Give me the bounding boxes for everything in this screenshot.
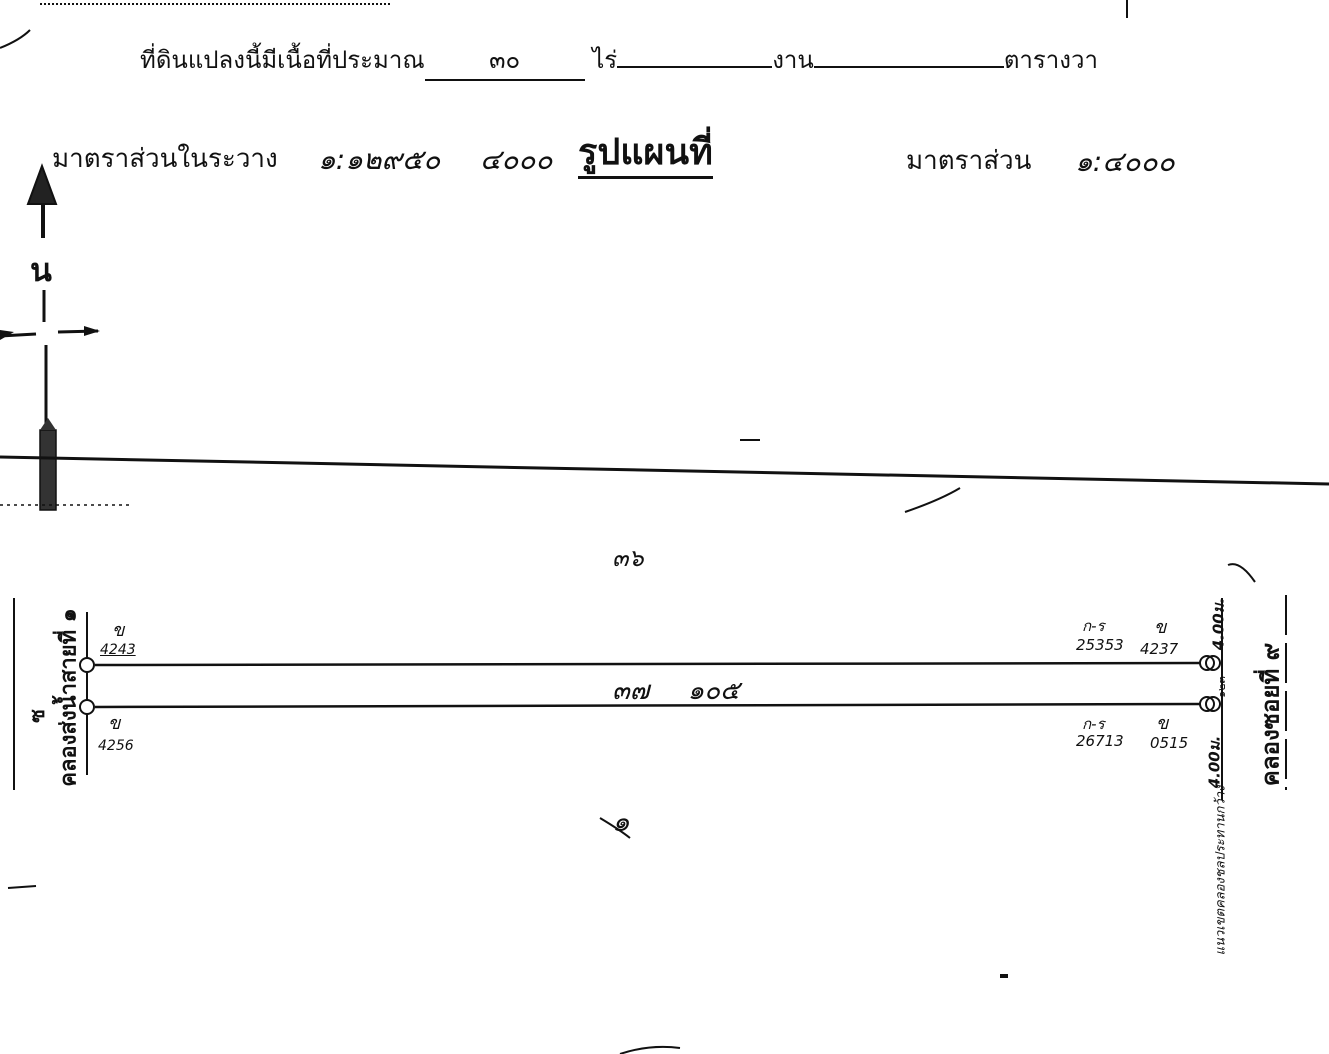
marker-prefix: ข [112,615,124,644]
left-canal-name: คลองส่งน้ำสายที่ ๑ [57,608,82,787]
marker-number: 4256 [98,738,134,754]
marker-prefix: ข [1156,708,1168,737]
stray-mark [1000,974,1008,978]
marker-ref-prefix: ก-ร [1082,614,1105,638]
north-label: น [30,245,52,296]
marker-prefix: ข [108,708,120,737]
stray-mark [1228,564,1255,582]
offset-top-label: 4.00ม. [1206,598,1230,651]
stray-mark [0,30,30,48]
map-scale-value: ๑:๔๐๐๐ [1075,140,1175,184]
parcel-south-label: ๑ [612,800,630,844]
atlas-scale-value: ๑:๑๒๙๕๐ [318,138,440,182]
parcel-subject-label: ๓๗ ๑๐๕ [612,670,740,711]
area-statement: ที่ดินแปลงนี้มีเนื้อที่ประมาณ๓๐ ไร่งานตา… [140,40,1098,81]
atlas-scale-label: มาตราส่วนในระวาง [52,138,278,179]
center-marker-label: ๑๒๓ [1212,676,1230,698]
rai-unit: ไร่ [592,46,617,74]
map-scale-label: มาตราส่วน [906,140,1031,181]
parcel-top-edge [95,663,1202,665]
marker-number: 0515 [1150,734,1188,752]
left-canal-prefix: ซ [21,709,53,723]
left-canal-label: คลองส่งน้ำสายที่ ๑ [51,588,86,808]
ngan-unit: งาน [772,46,814,74]
right-canal-label: คลองซอยที่ ๙ [1251,615,1290,815]
marker-number: 4237 [1140,640,1178,658]
marker-prefix: ข [1154,612,1166,641]
road-line [0,457,1329,484]
sqwa-field [814,66,1004,68]
sqwa-unit: ตารางวา [1004,46,1098,74]
stray-mark [620,1047,680,1054]
right-boundary-note: แนวเขตคลองชลประทานกว้าง [1210,781,1231,961]
marker-ref-number: 26713 [1076,732,1124,750]
parcel-north-label: ๓๖ [612,538,644,577]
rai-field: ๓๐ [425,40,585,81]
area-label: ที่ดินแปลงนี้มีเนื้อที่ประมาณ [140,46,425,74]
stray-mark [905,488,960,512]
rai-value: ๓๐ [489,46,520,74]
marker-ref-number: 25353 [1076,636,1124,654]
ngan-field [617,66,772,68]
marker-number: 4243 [100,642,136,658]
map-title: รูปแผนที่ [578,128,713,179]
atlas-sheet-number: ๔๐๐๐ [480,138,552,182]
stray-mark [8,886,36,888]
